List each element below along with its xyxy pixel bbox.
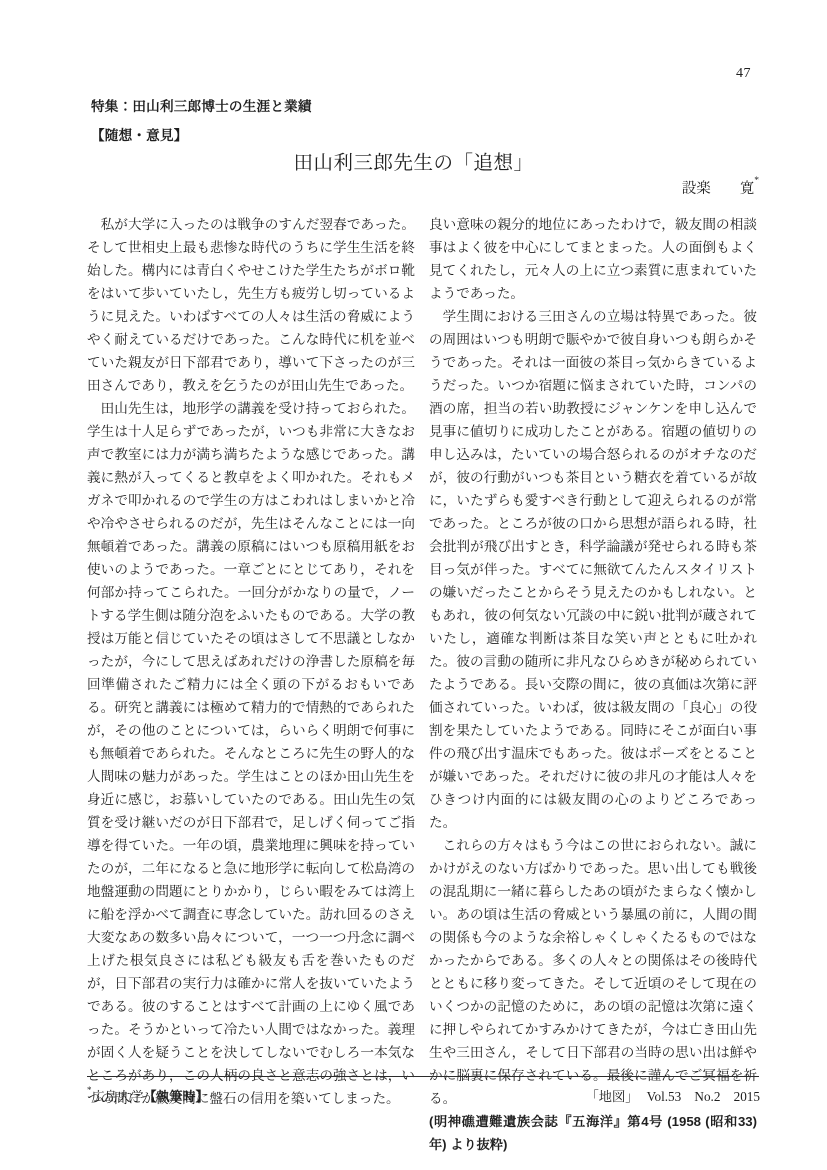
footnote-rule [87,1076,759,1077]
footnote-affiliation: 広島大学 [92,1089,144,1104]
article-page: 47 特集：田山利三郎博士の生涯と業績 【随想・意見】 田山利三郎先生の「追想」… [0,0,827,1170]
body-paragraph: 私が大学に入ったのは戦争のすんだ翌春であった。そして世相史上最も悲惨な時代のうち… [87,213,415,397]
author-line: 設楽 寛* [87,177,759,198]
citation-paragraph: (明神礁遭難遺族会誌『五海洋』第4号 (1958 (昭和33) 年) より抜粋) [429,1110,757,1156]
footnote-note: 【執筆時】 [144,1089,209,1104]
page-number: 47 [736,66,751,82]
journal-volume-line: 「地図」 Vol.53 No.2 2015 [586,1086,760,1105]
body-paragraph: 良い意味の親分的地位にあったわけで，級友間の相談事はよく彼を中心にしてまとまった… [429,213,757,305]
author-name: 設楽 寛 [682,181,755,197]
left-column: 私が大学に入ったのは戦争のすんだ翌春であった。そして世相史上最も悲惨な時代のうち… [87,213,415,1110]
article-title: 田山利三郎先生の「追想」 [0,147,827,175]
body-paragraph: これらの方々はもう今はこの世におられない。誠にかけがえのない方ばかりであった。思… [429,834,757,1110]
feature-heading: 特集：田山利三郎博士の生涯と業績 [91,95,312,115]
body-paragraph: 学生間における三田さんの立場は特異であった。彼の周囲はいつも明朗で賑やかで彼自身… [429,305,757,834]
right-column: 良い意味の親分的地位にあったわけで，級友間の相談事はよく彼を中心にしてまとまった… [429,213,757,1156]
footnote: *広島大学【執筆時】 [87,1086,209,1105]
author-affiliation-mark: * [754,176,759,186]
section-label: 【随想・意見】 [91,124,188,144]
body-paragraph: 田山先生は，地形学の講義を受け持っておられた。学生は十人足らずであったが，いつも… [87,397,415,1110]
